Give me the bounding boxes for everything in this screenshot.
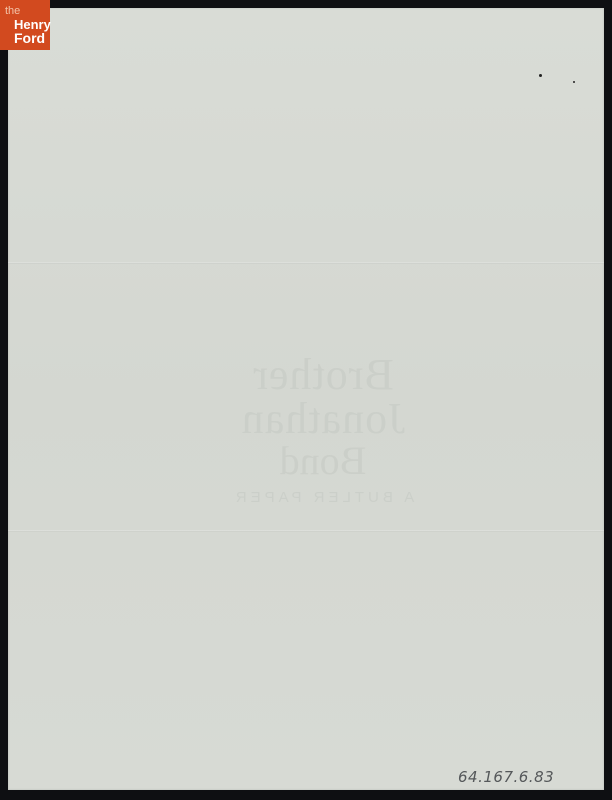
accession-number: 64.167.6.83 [458, 768, 554, 786]
henry-ford-logo: the Henry Ford [0, 0, 50, 50]
paper-speck [539, 74, 542, 77]
watermark-line-2: Bond [168, 441, 478, 481]
watermark: Brother Jonathan Bond A BUTLER PAPER [168, 353, 478, 513]
document-page: Brother Jonathan Bond A BUTLER PAPER [8, 8, 604, 790]
logo-the: the [5, 6, 20, 17]
fold-line [8, 262, 604, 264]
watermark-line-1: Brother Jonathan [168, 353, 478, 441]
logo-ford: Ford [14, 31, 45, 45]
fold-line [8, 530, 604, 532]
watermark-line-3: A BUTLER PAPER [168, 489, 478, 506]
paper-speck [573, 81, 575, 83]
